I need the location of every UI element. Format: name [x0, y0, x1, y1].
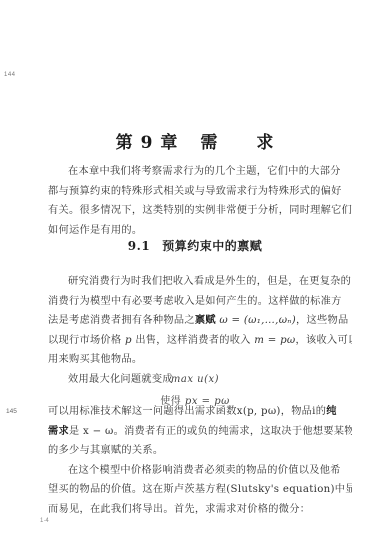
objective-formula: max u(x) [0, 374, 390, 385]
intro-line-2: 都与预算约束的特殊形式相关或与导致需求行为特殊形式的偏好 [48, 182, 352, 202]
text: ，这些物品 [296, 315, 348, 326]
continuation-paragraph: 可以用标准技术解这一问题得出需求函数x(p, pω)，物品i的纯 需求是 x −… [48, 402, 352, 519]
text: 法是考虑消费者拥有各种物品之 [48, 315, 195, 326]
section-line-3: 法是考虑消费者拥有各种物品之禀赋 ω = (ω₁,…,ωₙ)，这些物品 [48, 311, 352, 331]
text: 以现行市场价格 [48, 335, 125, 346]
margin-reference-number: 145 [6, 408, 17, 415]
section-line-1: 研究消费行为时我们把收入看成是外生的，但是，在更复杂的 [48, 272, 352, 292]
cont-line-5: 望买的物品的价值。这在斯卢茨基方程(Slutsky's equation)中显 [48, 480, 352, 500]
term-net-demand-part2: 需求 [48, 425, 69, 437]
endowment-formula: ω = (ω₁,…,ωₙ) [216, 315, 296, 326]
section-line-5: 用来购买其他物品。 [48, 350, 352, 370]
section-line-2: 消费行为模型中有必要考虑收入是如何产生的。这样做的标准方 [48, 292, 352, 312]
section-title: 预算约束中的禀赋 [162, 239, 262, 253]
chapter-title-char-1: 需 [200, 133, 218, 153]
chapter-title-char-2: 求 [256, 133, 274, 153]
text: 出售，这样消费者的收入 [132, 335, 254, 346]
intro-line-3: 有关。很多情况下，这类特别的实例非常便于分析，同时理解它们 [48, 201, 352, 221]
text: ，物品i的 [281, 406, 327, 417]
section-paragraph: 研究消费行为时我们把收入看成是外生的，但是，在更复杂的 消费行为模型中有必要考虑… [48, 272, 352, 389]
cont-line-4: 在这个模型中价格影响消费者必须卖的物品的价值以及他希 [48, 461, 352, 481]
section-number: 9.1 [128, 239, 150, 253]
cont-line-2: 需求是 x − ω。消费者有正的或负的纯需求，这取决于他想要某物 [48, 422, 352, 442]
price-symbol: p [125, 335, 132, 346]
demand-function: x(p, pω) [237, 406, 281, 417]
text: 是 x − ω。消费者有正的或负的纯需求，这取决于他想要某物 [69, 426, 352, 437]
cont-line-3: 的多少与其禀赋的关系。 [48, 441, 352, 461]
term-net-demand-part1: 纯 [326, 405, 337, 417]
text: ，该收入可以 [296, 335, 352, 346]
income-formula: m = pω [254, 335, 295, 346]
section-heading: 9.1预算约束中的禀赋 [0, 237, 390, 254]
intro-paragraph: 在本章中我们将考察需求行为的几个主题，它们中的大部分 都与预算约束的特殊形式相关… [48, 162, 352, 240]
term-endowment: 禀赋 [195, 314, 216, 326]
bottom-page-number: 1·4 [40, 518, 49, 524]
cont-line-1: 可以用标准技术解这一问题得出需求函数x(p, pω)，物品i的纯 [48, 402, 352, 422]
section-line-4: 以现行市场价格 p 出售，这样消费者的收入 m = pω，该收入可以 [48, 331, 352, 351]
chapter-title: 第 9 章需求 [0, 128, 390, 153]
cont-line-6: 而易见，在此我们将导出。首先，求需求对价格的微分： [48, 500, 352, 520]
chapter-number: 第 9 章 [116, 133, 179, 153]
intro-line-1: 在本章中我们将考察需求行为的几个主题，它们中的大部分 [48, 162, 352, 182]
text: 可以用标准技术解这一问题得出需求函数 [48, 406, 237, 417]
top-page-number: 144 [4, 72, 16, 78]
